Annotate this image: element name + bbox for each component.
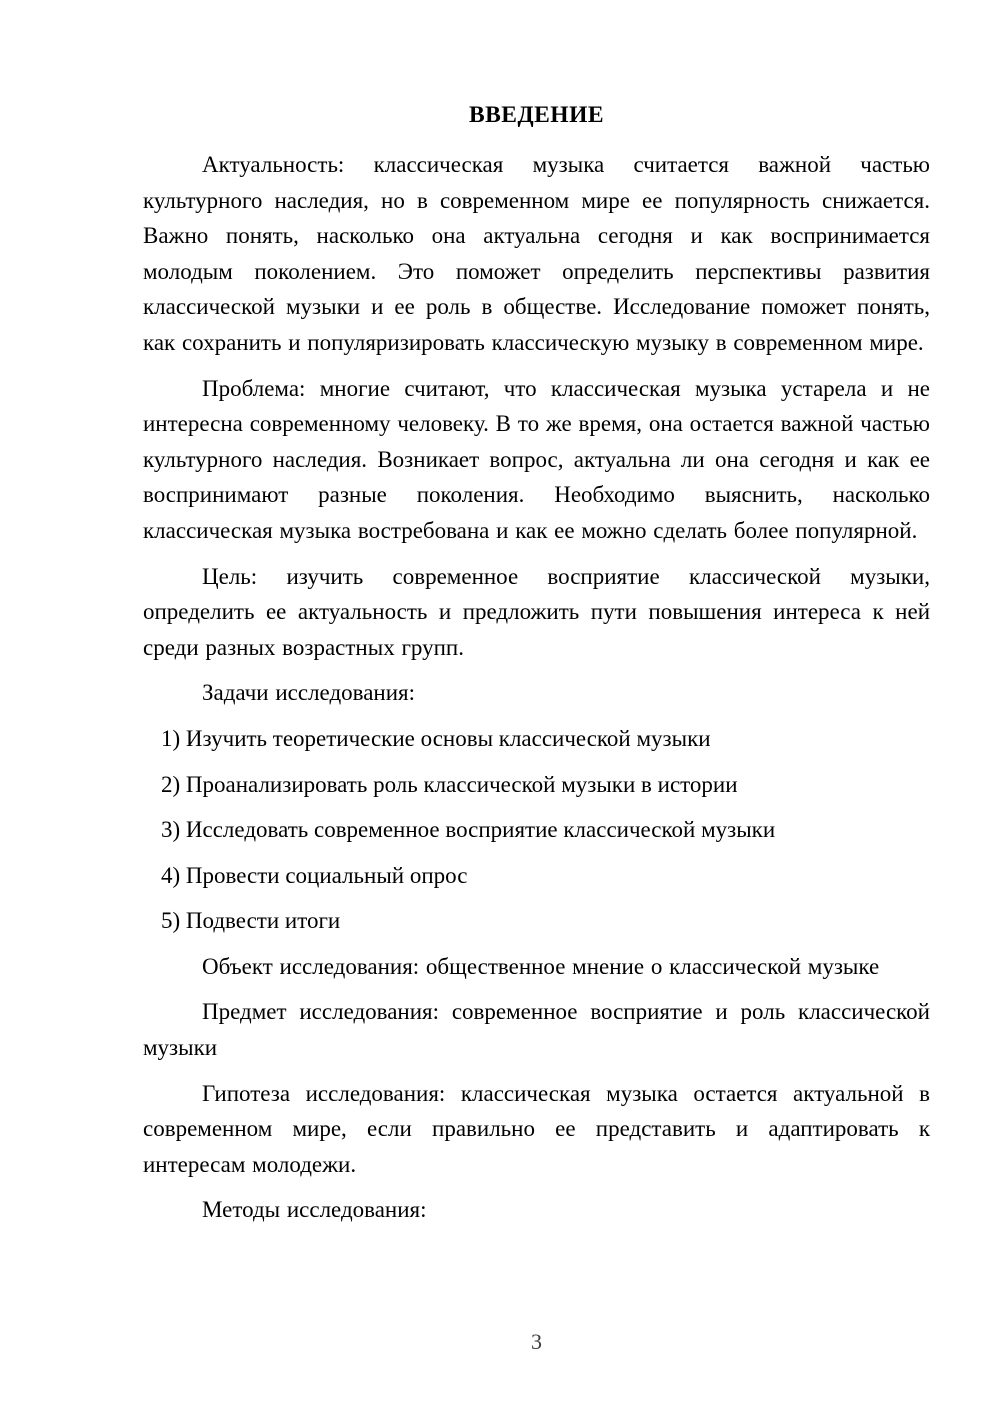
task-item-3: 3) Исследовать современное восприятие кл… [143, 812, 930, 848]
task-item-1: 1) Изучить теоретические основы классиче… [143, 721, 930, 757]
section-heading: ВВЕДЕНИЕ [143, 97, 930, 133]
paragraph-relevance: Актуальность: классическая музыка считае… [143, 147, 930, 361]
methods-heading: Методы исследования: [143, 1192, 930, 1228]
task-item-2: 2) Проанализировать роль классической му… [143, 767, 930, 803]
paragraph-hypothesis: Гипотеза исследования: классическая музы… [143, 1076, 930, 1183]
paragraph-problem: Проблема: многие считают, что классическ… [143, 371, 930, 549]
paragraph-object: Объект исследования: общественное мнение… [143, 949, 930, 985]
task-list: 1) Изучить теоретические основы классиче… [143, 721, 930, 939]
page-number: 3 [143, 1328, 930, 1356]
document-page: ВВЕДЕНИЕ Актуальность: классическая музы… [0, 0, 1000, 1414]
task-item-5: 5) Подвести итоги [143, 903, 930, 939]
tasks-heading: Задачи исследования: [143, 675, 930, 711]
document-content: ВВЕДЕНИЕ Актуальность: классическая музы… [143, 97, 930, 1238]
paragraph-goal: Цель: изучить современное восприятие кла… [143, 559, 930, 666]
paragraph-subject: Предмет исследования: современное воспри… [143, 994, 930, 1065]
task-item-4: 4) Провести социальный опрос [143, 858, 930, 894]
